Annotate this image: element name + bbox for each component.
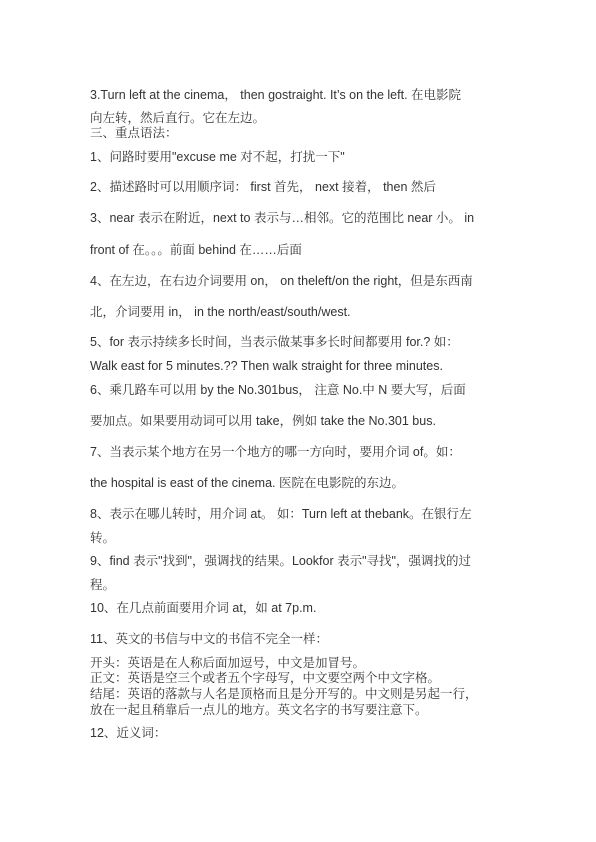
text-line-21: 11、英文的书信与中文的书信不完全一样：: [90, 631, 328, 647]
text-line-4: 1、问路时要用"excuse me 对不起，打扰一下": [90, 149, 345, 165]
text-line-12: 6、乘几路车可以用 by the No.301bus， 注意 No.中 N 要大…: [90, 382, 466, 398]
text-line-16: 8、表示在哪儿转时，用介词 at。 如：Turn left at thebank…: [90, 506, 472, 522]
text-line-2: 向左转，然后直行。它在左边。: [90, 110, 265, 126]
text-line-26: 12、近义词：: [90, 725, 166, 741]
text-line-5: 2、描述路时可以用顺序词： first 首先， next 接着， then 然后: [90, 179, 436, 195]
text-line-3: 三、重点语法：: [90, 125, 178, 141]
text-line-17: 转。: [90, 530, 115, 546]
text-line-10: 5、for 表示持续多长时间，当表示做某事多长时间都要用 for.? 如：: [90, 334, 459, 350]
text-line-1: 3.Turn left at the cinema， then gostraig…: [90, 87, 461, 103]
text-line-7: front of 在。。。前面 behind 在……后面: [90, 242, 302, 258]
text-line-18: 9、find 表示"找到"，强调找的结果。Lookfor 表示"寻找"，强调找的…: [90, 553, 471, 569]
text-line-8: 4、在左边，在右边介词要用 on， on theleft/on the righ…: [90, 273, 473, 289]
text-line-25: 放在一起且稍靠后一点儿的地方。英文名字的书写要注意下。: [90, 702, 428, 718]
text-line-23: 正文：英语是空三个或者五个字母写，中文要空两个中文字格。: [90, 670, 440, 686]
text-line-14: 7、当表示某个地方在另一个地方的哪一方向时，要用介词 of。如：: [90, 444, 461, 460]
text-line-9: 北，介词要用 in， in the north/east/south/west.: [90, 304, 351, 320]
text-line-15: the hospital is east of the cinema. 医院在电…: [90, 475, 404, 491]
text-line-24: 结尾：英语的落款与人名是顶格而且是分开写的。中文则是另起一行，: [90, 686, 478, 702]
text-line-11: Walk east for 5 minutes.?? Then walk str…: [90, 358, 443, 374]
text-line-6: 3、near 表示在附近，next to 表示与…相邻。它的范围比 near 小…: [90, 210, 474, 226]
text-line-20: 10、在几点前面要用介词 at，如 at 7p.m.: [90, 600, 316, 616]
text-line-19: 程。: [90, 577, 115, 593]
text-line-22: 开头：英语是在人称后面加逗号，中文是加冒号。: [90, 655, 365, 671]
text-line-13: 要加点。如果要用动词可以用 take，例如 take the No.301 bu…: [90, 413, 436, 429]
